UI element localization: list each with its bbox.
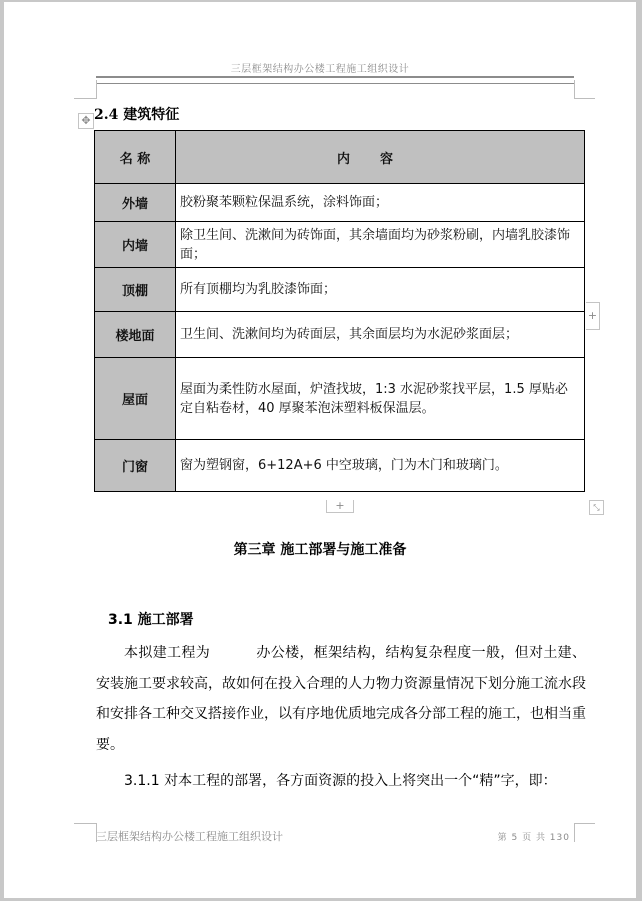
table-row: 屋面 屋面为柔性防水屋面，炉渣找坡，1:3 水泥砂浆找平层，1.5 厚贴必定自粘… <box>95 358 585 440</box>
paragraph-1: 本拟建工程为办公楼，框架结构，结构复杂程度一般，但对土建、安装施工要求较高，故如… <box>96 638 586 760</box>
crop-mark-top-left <box>74 80 97 99</box>
table-row: 门窗 窗为塑钢窗，6+12A+6 中空玻璃，门为木门和玻璃门。 <box>95 440 585 492</box>
table-header-row: 名 称 内容 <box>95 131 585 184</box>
running-footer-title: 三层框架结构办公楼工程施工组织设计 <box>96 828 283 844</box>
row-content: 卫生间、洗漱间均为砖面层，其余面层均为水泥砂浆面层； <box>176 312 585 358</box>
section-heading-2-4: 2.4 建筑特征 <box>94 104 179 124</box>
paragraph-1-rest: 办公楼，框架结构，结构复杂程度一般，但对土建、安装施工要求较高，故如何在投入合理… <box>96 645 586 753</box>
row-content: 除卫生间、洗漱间为砖饰面，其余墙面均为砂浆粉刷，内墙乳胶漆饰面； <box>176 222 585 268</box>
table-resize-handle-icon[interactable]: ⤡ <box>589 500 604 515</box>
row-name: 屋面 <box>95 358 176 440</box>
row-name: 门窗 <box>95 440 176 492</box>
table-row: 顶棚 所有顶棚均为乳胶漆饰面； <box>95 268 585 312</box>
row-name: 内墙 <box>95 222 176 268</box>
row-content: 所有顶棚均为乳胶漆饰面； <box>176 268 585 312</box>
add-row-button[interactable]: + <box>326 500 354 513</box>
row-name: 楼地面 <box>95 312 176 358</box>
document-page: 三层框架结构办公楼工程施工组织设计 ✥ 2.4 建筑特征 名 称 内容 外墙 胶… <box>4 2 636 898</box>
chapter-title: 第三章 施工部署与施工准备 <box>4 539 636 559</box>
crop-mark-top-right <box>574 80 595 99</box>
row-name: 顶棚 <box>95 268 176 312</box>
header-rule <box>96 76 574 84</box>
header-content: 内容 <box>176 131 585 184</box>
paragraph-1-start: 本拟建工程为 <box>124 645 210 661</box>
crop-mark-bottom-right <box>574 823 595 842</box>
table-row: 外墙 胶粉聚苯颗粒保温系统，涂料饰面； <box>95 184 585 222</box>
header-name: 名 称 <box>95 131 176 184</box>
running-header: 三层框架结构办公楼工程施工组织设计 <box>4 60 636 75</box>
crop-mark-bottom-left <box>74 823 97 842</box>
table-move-handle-icon[interactable]: ✥ <box>78 113 94 129</box>
table-row: 内墙 除卫生间、洗漱间为砖饰面，其余墙面均为砂浆粉刷，内墙乳胶漆饰面； <box>95 222 585 268</box>
paragraph-2: 3.1.1 对本工程的部署，各方面资源的投入上将突出一个“精”字，即： <box>96 764 586 798</box>
table-row: 楼地面 卫生间、洗漱间均为砖面层，其余面层均为水泥砂浆面层； <box>95 312 585 358</box>
body-text: 本拟建工程为办公楼，框架结构，结构复杂程度一般，但对土建、安装施工要求较高，故如… <box>96 638 586 798</box>
row-content: 胶粉聚苯颗粒保温系统，涂料饰面； <box>176 184 585 222</box>
building-features-table: 名 称 内容 外墙 胶粉聚苯颗粒保温系统，涂料饰面； 内墙 除卫生间、洗漱间为砖… <box>94 130 585 492</box>
page-number: 第 5 页 共 130 <box>498 830 570 843</box>
row-name: 外墙 <box>95 184 176 222</box>
row-content: 屋面为柔性防水屋面，炉渣找坡，1:3 水泥砂浆找平层，1.5 厚贴必定自粘卷材，… <box>176 358 585 440</box>
row-content: 窗为塑钢窗，6+12A+6 中空玻璃，门为木门和玻璃门。 <box>176 440 585 492</box>
section-heading-3-1: 3.1 施工部署 <box>108 609 194 629</box>
add-column-button[interactable]: + <box>586 302 600 330</box>
